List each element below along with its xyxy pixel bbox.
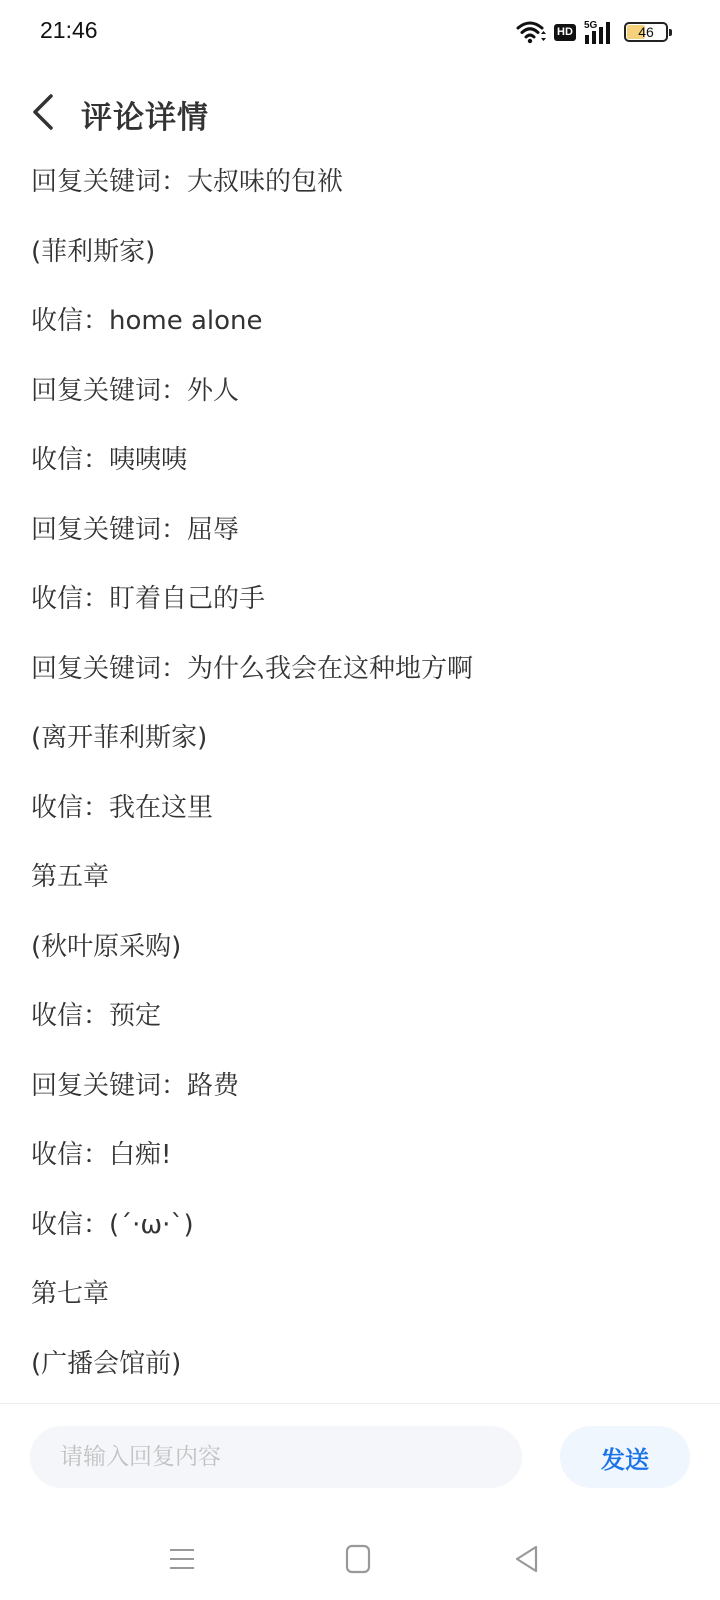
home-icon bbox=[345, 1544, 371, 1574]
svg-text:5G: 5G bbox=[584, 20, 598, 31]
content-line: 回复关键词：路费 bbox=[31, 1068, 239, 1104]
content-line: (秋叶原采购) bbox=[31, 929, 181, 965]
content-line: 回复关键词：外人 bbox=[31, 373, 239, 409]
status-time: 21:46 bbox=[40, 17, 98, 44]
content-line: 收信：home alone bbox=[31, 303, 263, 339]
5g-signal-icon: 5G bbox=[584, 19, 616, 45]
page-title: 评论详情 bbox=[81, 92, 209, 137]
status-icons: HD 5G 46 bbox=[516, 18, 668, 46]
battery-tip bbox=[669, 29, 672, 36]
hd-icon: HD bbox=[554, 24, 576, 41]
content-line: 收信：预定 bbox=[31, 998, 161, 1034]
content-line: 收信：盯着自己的手 bbox=[31, 581, 265, 617]
battery-icon: 46 bbox=[624, 22, 668, 42]
content-line: 第五章 bbox=[31, 859, 109, 895]
menu-button[interactable] bbox=[157, 1534, 207, 1584]
content-line: 回复关键词：屈辱 bbox=[31, 512, 239, 548]
comment-content[interactable]: 回复关键词：大叔味的包袱 (菲利斯家) 收信：home alone 回复关键词：… bbox=[0, 152, 720, 1404]
reply-input[interactable] bbox=[30, 1426, 522, 1488]
back-triangle-icon bbox=[514, 1544, 540, 1574]
back-nav-button[interactable] bbox=[502, 1534, 552, 1584]
send-button[interactable]: 发送 bbox=[560, 1426, 690, 1488]
header: 评论详情 bbox=[0, 78, 720, 148]
content-line: 收信：咦咦咦 bbox=[31, 442, 187, 478]
menu-icon bbox=[169, 1546, 195, 1572]
content-line: 回复关键词：为什么我会在这种地方啊 bbox=[31, 651, 473, 687]
home-button[interactable] bbox=[333, 1534, 383, 1584]
reply-bar: 发送 bbox=[0, 1404, 720, 1504]
content-line: (广播会馆前) bbox=[31, 1346, 181, 1382]
back-button[interactable] bbox=[24, 90, 60, 134]
wifi-icon bbox=[516, 20, 546, 44]
content-line: 回复关键词：大叔味的包袱 bbox=[31, 164, 343, 200]
content-line: (菲利斯家) bbox=[31, 234, 155, 270]
content-line: 收信：(´·ω·`) bbox=[31, 1207, 194, 1243]
content-line: 收信：我在这里 bbox=[31, 790, 213, 826]
content-line: 收信：白痴! bbox=[31, 1137, 171, 1173]
system-nav-bar bbox=[0, 1520, 720, 1600]
battery-level: 46 bbox=[638, 24, 654, 40]
chevron-left-icon bbox=[29, 93, 55, 131]
content-line: (离开菲利斯家) bbox=[31, 720, 207, 756]
content-line: 第七章 bbox=[31, 1276, 109, 1312]
status-bar: 21:46 HD 5G 46 bbox=[0, 0, 720, 64]
